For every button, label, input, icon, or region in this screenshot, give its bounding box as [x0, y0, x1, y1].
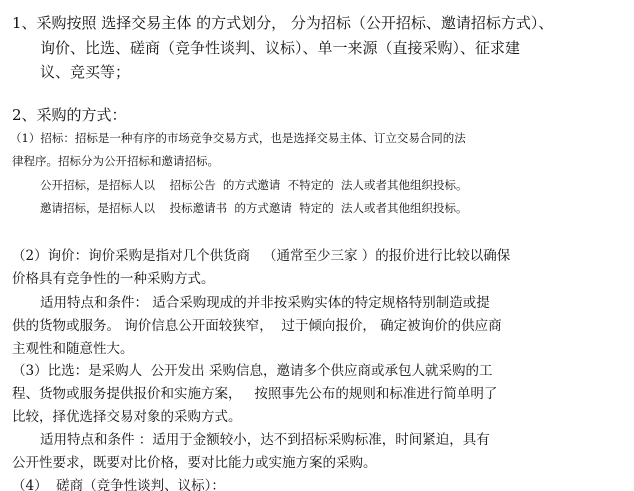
item3-line-3: 比较，择优选择交易对象的采购方式。: [12, 405, 242, 425]
item1-line-2: 律程序。招标分为公开招标和邀请招标。: [12, 153, 219, 169]
item3-line-4: 适用特点和条件 ：适用于金额较小，达不到招标采购标准，时间紧迫，具有: [40, 428, 490, 448]
item1-line-1: （1）招标：招标是一种有序的市场竞争交易方式，也是选择交易主体、订立交易合同的法: [10, 130, 466, 146]
section1-line-3: 议、竞买等；: [40, 61, 130, 82]
section1-line-2: 询价、比选、磋商（竞争性谈判、议标）、单一来源（直接采购）、征求建: [40, 37, 520, 58]
section2-heading: 2、采购的方式：: [12, 104, 127, 125]
item2-line-3: 适用特点和条件： 适合采购现成的并非按采购实体的特定规格特别制造或提: [40, 291, 490, 311]
item3-line-5: 公开性要求，既要对比价格，要对比能力或实施方案的采购。: [12, 451, 377, 471]
item3-line-2: 程、货物或服务提供报价和实施方案， 按照事先公布的规则和标准进行简单明了: [12, 382, 497, 402]
item1-line-4: 邀请招标，是招标人以 投标邀请书 的方式邀请 特定的 法人或者其他组织投标。: [40, 200, 468, 216]
item2-line-5: 主观性和随意性大。: [12, 337, 134, 357]
item1-line-3: 公开招标，是招标人以 招标公告 的方式邀请 不特定的 法人或者其他组织投标。: [40, 177, 468, 193]
item3-line-1: （3）比选：是采购人 公开发出 采购信息，邀请多个供应商或承包人就采购的工: [12, 359, 492, 379]
item4-heading: （4） 磋商（竞争性谈判、议标）：: [12, 474, 225, 491]
item2-line-1: （2）询价：询价采购是指对几个供货商 （通常至少三家 ）的报价进行比较以确保: [12, 244, 510, 264]
item2-line-4: 供的货物或服务。 询价信息公开面较狭窄， 过于倾向报价， 确定被询价的供应商: [12, 314, 502, 334]
section1-line-1: 1、采购按照 选择交易主体 的方式划分， 分为招标（公开招标、邀请招标方式）、: [12, 12, 553, 33]
item2-line-2: 价格具有竞争性的一种采购方式。: [12, 267, 215, 287]
